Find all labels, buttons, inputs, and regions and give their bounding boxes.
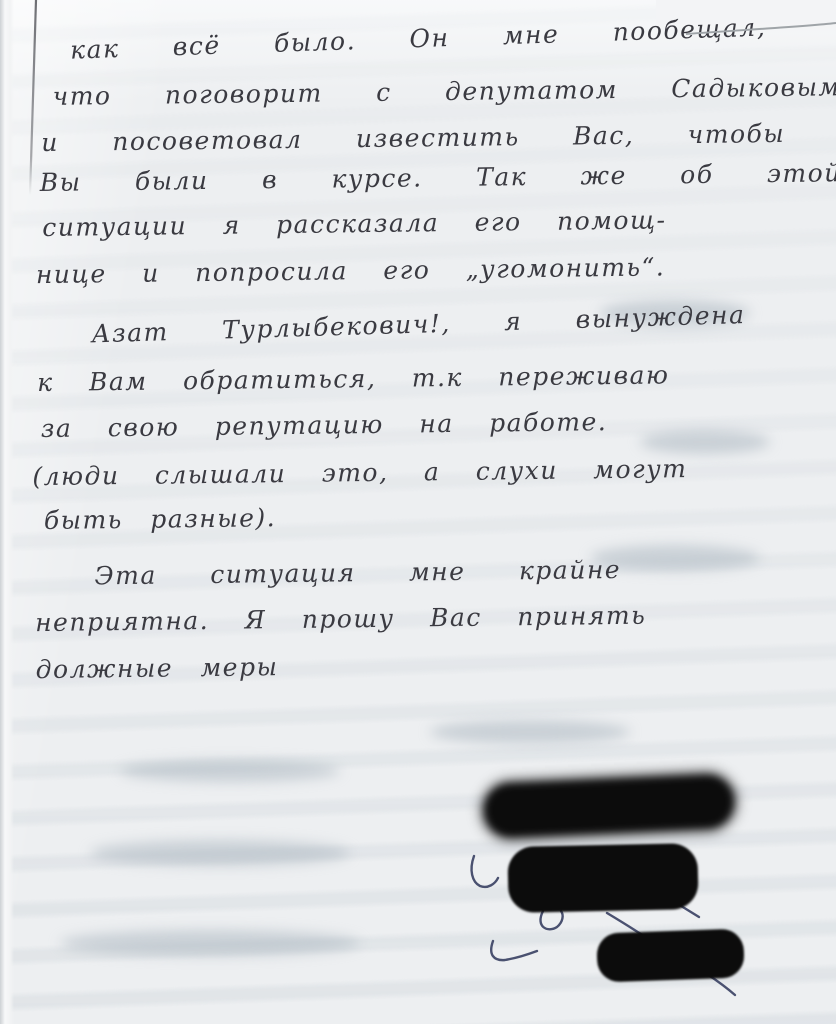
letter-line: за свою репутацию на работе. xyxy=(41,407,608,443)
letter-line: Эта ситуация мне крайне xyxy=(94,555,621,590)
redaction-block-2 xyxy=(507,843,698,913)
letter-line: должные меры xyxy=(36,652,279,684)
redaction-block-3 xyxy=(596,928,745,982)
letter-line: ситуации я рассказала его помощ- xyxy=(42,205,667,242)
letter-line: как всё было. Он мне пообещал, xyxy=(70,13,767,65)
letter-line: Азат Турлыбекович!, я вынуждена xyxy=(91,300,746,348)
letter-line: Вы были в курсе. Так же об этой xyxy=(40,158,836,197)
letter-line: к Вам обратиться, т.к переживаю xyxy=(37,360,670,397)
letter-line: (люди слышали это, а слухи могут xyxy=(32,454,687,491)
letter-line: что поговорит с депутатом Садыковым xyxy=(53,72,836,111)
redaction-block-1 xyxy=(483,774,735,839)
letter-line: нице и попросила его „угомонить“. xyxy=(36,252,666,289)
letter-line: неприятна. Я прошу Вас принять xyxy=(35,601,646,637)
letter-line: быть разные). xyxy=(44,503,277,535)
letter-body: как всё было. Он мне пообещал, что погов… xyxy=(0,0,836,1024)
scanned-letter-page: как всё было. Он мне пообещал, что погов… xyxy=(0,0,836,1024)
letter-line: и посоветовал известить Вас, чтобы xyxy=(41,119,785,157)
